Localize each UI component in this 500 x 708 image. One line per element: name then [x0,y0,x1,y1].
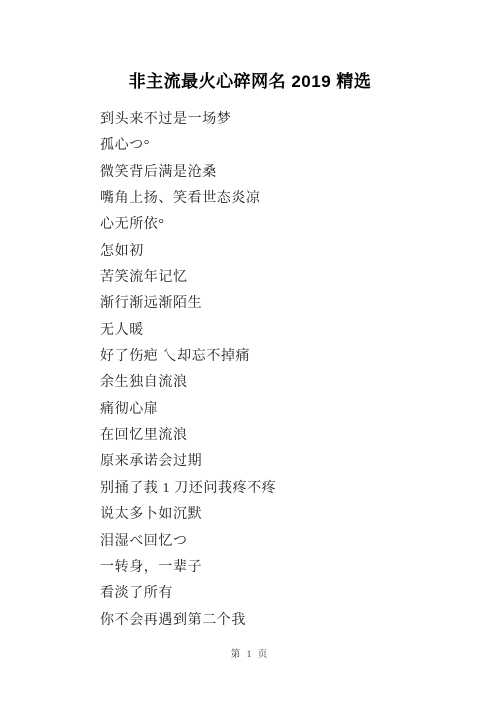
list-item: 无人暖 [100,318,440,344]
list-item: 原来承诺会过期 [100,449,440,475]
list-item: 你不会再遇到第二个我 [100,608,440,634]
list-item: 微笑背后满是沧桑 [100,160,440,186]
list-item: 说太多卜如沉默 [100,502,440,528]
list-item: 怎如初 [100,239,440,265]
list-item: 别捅了莪 1 刀还问莪疼不疼 [100,476,440,502]
list-item: 心无所依° [100,212,440,238]
list-item: 泪湿べ回忆つ [100,529,440,555]
page-title: 非主流最火心碎网名 2019 精选 [0,70,500,94]
list-item: 孤心つ° [100,133,440,159]
list-item: 到头来不过是一场梦 [100,107,440,133]
list-item: 痛彻心扉 [100,397,440,423]
list-item: 余生独自流浪 [100,370,440,396]
list-item: 嘴角上扬、笑看世态炎凉 [100,186,440,212]
document-page: 非主流最火心碎网名 2019 精选 到头来不过是一场梦孤心つ°微笑背后满是沧桑嘴… [0,0,500,708]
page-number: 第 1 页 [0,646,500,660]
list-item: 一转身，一辈子 [100,555,440,581]
list-item: 好了伤疤 乀却忘不掉痛 [100,344,440,370]
nickname-list: 到头来不过是一场梦孤心つ°微笑背后满是沧桑嘴角上扬、笑看世态炎凉心无所依°怎如初… [100,107,440,634]
list-item: 在回忆里流浪 [100,423,440,449]
list-item: 苦笑流年记忆 [100,265,440,291]
list-item: 渐行渐远渐陌生 [100,291,440,317]
list-item: 看淡了所有 [100,581,440,607]
